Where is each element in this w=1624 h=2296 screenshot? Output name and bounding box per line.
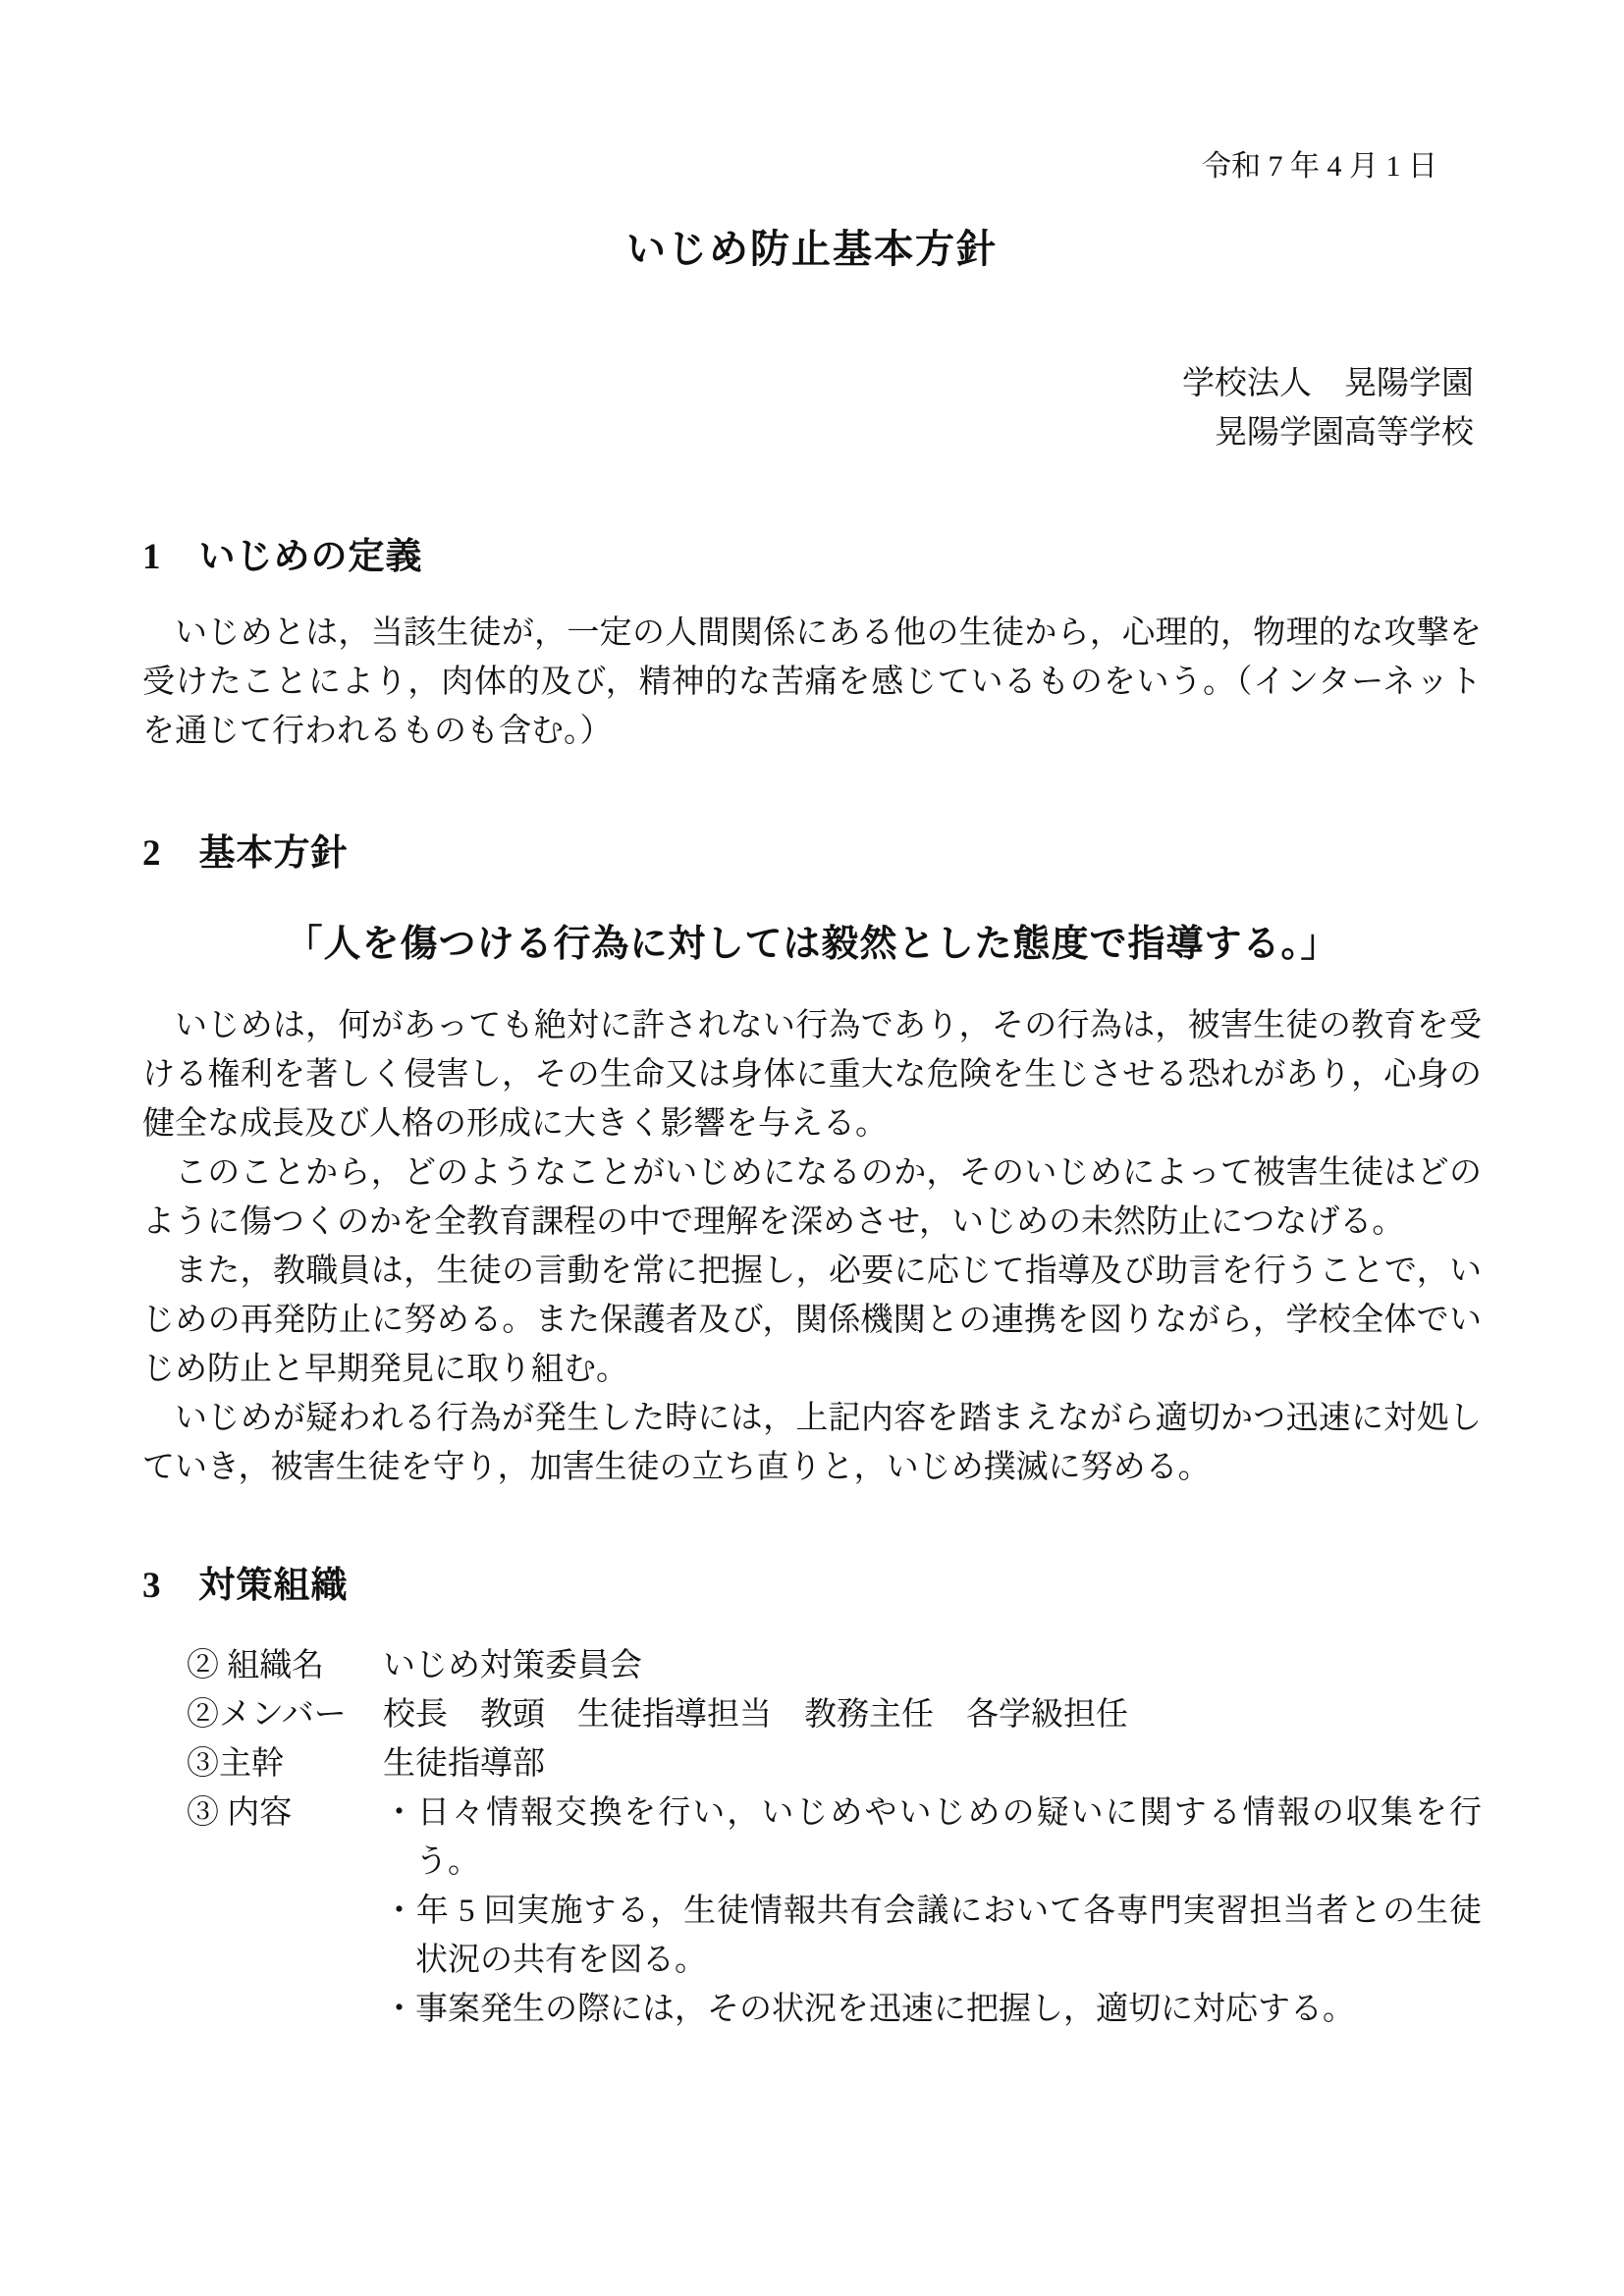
list-item-term: ②メンバー: [187, 1690, 383, 1739]
organization-definition-list: ② 組織名 いじめ対策委員会 ②メンバー 校長 教頭 生徒指導担当 教務主任 各…: [142, 1641, 1482, 2034]
document-date: 令和 7 年 4 月 1 日: [142, 147, 1482, 187]
section-3-heading: 3 対策組織: [142, 1563, 1482, 1610]
organization-name: 学校法人 晃陽学園: [142, 359, 1474, 408]
list-item: ③主幹 生徒指導部: [142, 1739, 1482, 1789]
school-name: 晃陽学園高等学校: [142, 408, 1474, 457]
list-item: ②メンバー 校長 教頭 生徒指導担当 教務主任 各学級担任: [142, 1690, 1482, 1739]
bullet-item: ・日々情報交換を行い，いじめやいじめの疑いに関する情報の収集を行う。: [383, 1789, 1482, 1887]
section-2-paragraph: このことから，どのようなことがいじめになるのか，そのいじめによって被害生徒はどの…: [142, 1148, 1482, 1247]
bullet-item: ・年 5 回実施する，生徒情報共有会議において各専門実習担当者との生徒状況の共有…: [383, 1887, 1482, 1985]
document-title: いじめ防止基本方針: [142, 224, 1482, 275]
list-item-value: 生徒指導部: [383, 1739, 1482, 1789]
list-item-value: 校長 教頭 生徒指導担当 教務主任 各学級担任: [383, 1690, 1482, 1739]
section-2-paragraph: いじめが疑われる行為が発生した時には，上記内容を踏まえながら適切かつ迅速に対処し…: [142, 1394, 1482, 1492]
list-item: ② 組織名 いじめ対策委員会: [142, 1641, 1482, 1690]
section-2-paragraph: いじめは，何があっても絶対に許されない行為であり，その行為は，被害生徒の教育を受…: [142, 1001, 1482, 1148]
list-item-term: ② 組織名: [187, 1641, 383, 1690]
section-2-paragraph: また，教職員は，生徒の言動を常に把握し，必要に応じて指導及び助言を行うことで，い…: [142, 1247, 1482, 1394]
list-item-bullets: ・日々情報交換を行い，いじめやいじめの疑いに関する情報の収集を行う。 ・年 5 …: [383, 1789, 1482, 2034]
list-item: ③ 内容 ・日々情報交換を行い，いじめやいじめの疑いに関する情報の収集を行う。 …: [142, 1789, 1482, 2034]
section-1-paragraph: いじめとは，当該生徒が，一定の人間関係にある他の生徒から，心理的，物理的な攻撃を…: [142, 609, 1482, 756]
list-item-term: ③ 内容: [187, 1789, 383, 1838]
bullet-item: ・事案発生の際には，その状況を迅速に把握し，適切に対応する。: [383, 1985, 1482, 2034]
section-2-heading: 2 基本方針: [142, 830, 1482, 878]
policy-quote: 「人を傷つける行為に対しては毅然とした態度で指導する。」: [142, 919, 1482, 970]
list-item-term: ③主幹: [187, 1739, 383, 1789]
document-page: 令和 7 年 4 月 1 日 いじめ防止基本方針 学校法人 晃陽学園 晃陽学園高…: [0, 0, 1624, 2296]
list-item-value: いじめ対策委員会: [383, 1641, 1482, 1690]
section-1-heading: 1 いじめの定義: [142, 534, 1482, 581]
